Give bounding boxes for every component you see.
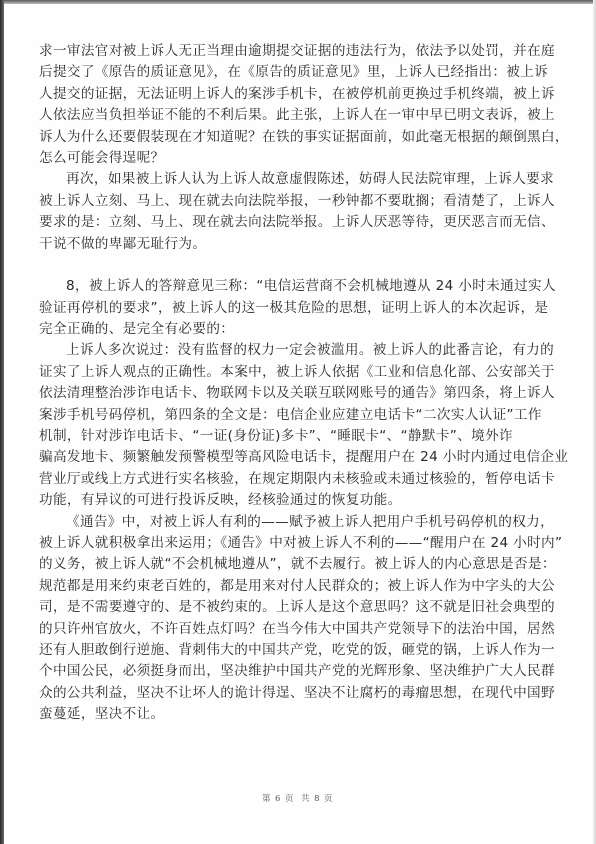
text-line: 8，被上诉人的答辩意见三称：“电信运营商不会机械地遵从 24 小时未通过实人 [39, 276, 559, 297]
footer-prefix: 第 [262, 794, 273, 804]
text-line: 营业厅或线上方式进行实名核验，在规定期限内未核验或未通过核验的，暂停电话卡 [39, 469, 559, 490]
paragraph-notice: 《通告》中，对被上诉人有利的——赋予被上诉人把用户手机号码停机的权力， 被上诉人… [39, 512, 559, 726]
text-line: 机制，针对涉诈电话卡、“一证(身份证)多卡”、“睡眠卡“、“静默卡”、境外诈 [39, 426, 559, 447]
text-line: 后提交了《原告的质证意见》，在《原告的质证意见》里，上诉人已经指出：被上诉 [39, 62, 559, 83]
text-line: 的只许州官放火，不许百姓点灯吗？在当今伟大中国共产党领导下的法治中国，居然 [39, 619, 559, 640]
text-line: 完全正确的、是完全有必要的： [39, 319, 559, 340]
text-line: 被上诉人立刻、马上、现在就去向法院举报，一秒钟都不要耽搁；看清楚了，上诉人 [39, 191, 559, 212]
text-line: 被上诉人就积极拿出来运用；《通告》中对被上诉人不利的——“醒用户在 24 小时内… [39, 533, 559, 554]
text-line: 依法清理整治涉诈电话卡、物联网卡以及关联互联网账号的通告》第四条，将上诉人 [39, 383, 559, 404]
paragraph-item-8: 8，被上诉人的答辩意见三称：“电信运营商不会机械地遵从 24 小时未通过实人 验… [39, 276, 559, 340]
text-line: 功能，有异议的可进行投诉反映，经核验通过的恢复功能。 [39, 490, 559, 511]
text-line: 还有人胆敢倒行逆施、背刺伟大的中国共产党，吃党的饭，砸党的锅，上诉人作为一 [39, 640, 559, 661]
text-line: 人依法应当负担举证不能的不利后果。此主张，上诉人在一审中早已明文表诉，被上 [39, 105, 559, 126]
footer-suffix: 页 [324, 794, 335, 804]
text-line: 案涉手机号码停机，第四条的全文是：电信企业应建立电话卡“二次实人认证”工作 [39, 405, 559, 426]
footer-middle: 页 共 [285, 794, 312, 804]
total-page-count: 8 [314, 794, 322, 804]
text-line: 怎么可能会得逞呢？ [39, 148, 559, 169]
text-line: 规范都是用来约束老百姓的，都是用来对付人民群众的；被上诉人作为中字头的大公 [39, 576, 559, 597]
text-line: 求一审法官对被上诉人无正当理由逾期提交证据的违法行为，依法予以处罚，并在庭 [39, 41, 559, 62]
text-line: 人提交的证据，无法证明上诉人的案涉手机卡，在被停机前更换过手机终端，被上诉 [39, 84, 559, 105]
text-line: 诉人为什么还要假装现在才知道呢？在铁的事实证据面前，如此毫无根据的颠倒黑白， [39, 127, 559, 148]
text-line: 司，是不需要遵守的、是不被约束的。上诉人是这个意思吗？这不就是旧社会典型的 [39, 597, 559, 618]
text-line: 要求的是：立刻、马上、现在就去向法院举报。上诉人厌恶等待，更厌恶言而无信、 [39, 212, 559, 233]
page-number-footer: 第6页 共8页 [4, 792, 593, 804]
current-page-number: 6 [275, 794, 283, 804]
text-line: 众的公共利益，坚决不让坏人的诡计得逞、坚决不让腐朽的毒瘤思想，在现代中国野 [39, 683, 559, 704]
paragraph-supervision: 上诉人多次说过：没有监督的权力一定会被滥用。被上诉人的此番言论，有力的 证实了上… [39, 340, 559, 511]
paragraph-gap [39, 255, 559, 276]
text-line: 蛮蔓延，坚决不让。 [39, 704, 559, 725]
text-line: 证实了上诉人观点的正确性。本案中，被上诉人依据《工业和信息化部、公安部关于 [39, 362, 559, 383]
text-line: 再次，如果被上诉人认为上诉人故意虚假陈述，妨碍人民法院审理，上诉人要求 [39, 169, 559, 190]
paragraph-continuation: 求一审法官对被上诉人无正当理由逾期提交证据的违法行为，依法予以处罚，并在庭 后提… [39, 41, 559, 169]
text-line: 《通告》中，对被上诉人有利的——赋予被上诉人把用户手机号码停机的权力， [39, 512, 559, 533]
text-line: 个中国公民，必须挺身而出，坚决维护中国共产党的光辉形象、坚决维护广大人民群 [39, 661, 559, 682]
text-line: 骗高发地卡、频繁触发预警模型等高风险电话卡，提醒用户在 24 小时内通过电信企业 [39, 447, 559, 468]
document-body: 求一审法官对被上诉人无正当理由逾期提交证据的违法行为，依法予以处罚，并在庭 后提… [39, 41, 559, 726]
document-page: 求一审法官对被上诉人无正当理由逾期提交证据的违法行为，依法予以处罚，并在庭 后提… [4, 4, 593, 844]
text-line: 干说不做的卑鄙无耻行为。 [39, 234, 559, 255]
text-line: 验证再停机的要求”，被上诉人的这一极其危险的思想，证明上诉人的本次起诉，是 [39, 298, 559, 319]
text-line: 上诉人多次说过：没有监督的权力一定会被滥用。被上诉人的此番言论，有力的 [39, 340, 559, 361]
paragraph-again: 再次，如果被上诉人认为上诉人故意虚假陈述，妨碍人民法院审理，上诉人要求 被上诉人… [39, 169, 559, 255]
text-line: 的义务，被上诉人就“不会机械地遵从”，就不去履行。被上诉人的内心意思是否是： [39, 554, 559, 575]
